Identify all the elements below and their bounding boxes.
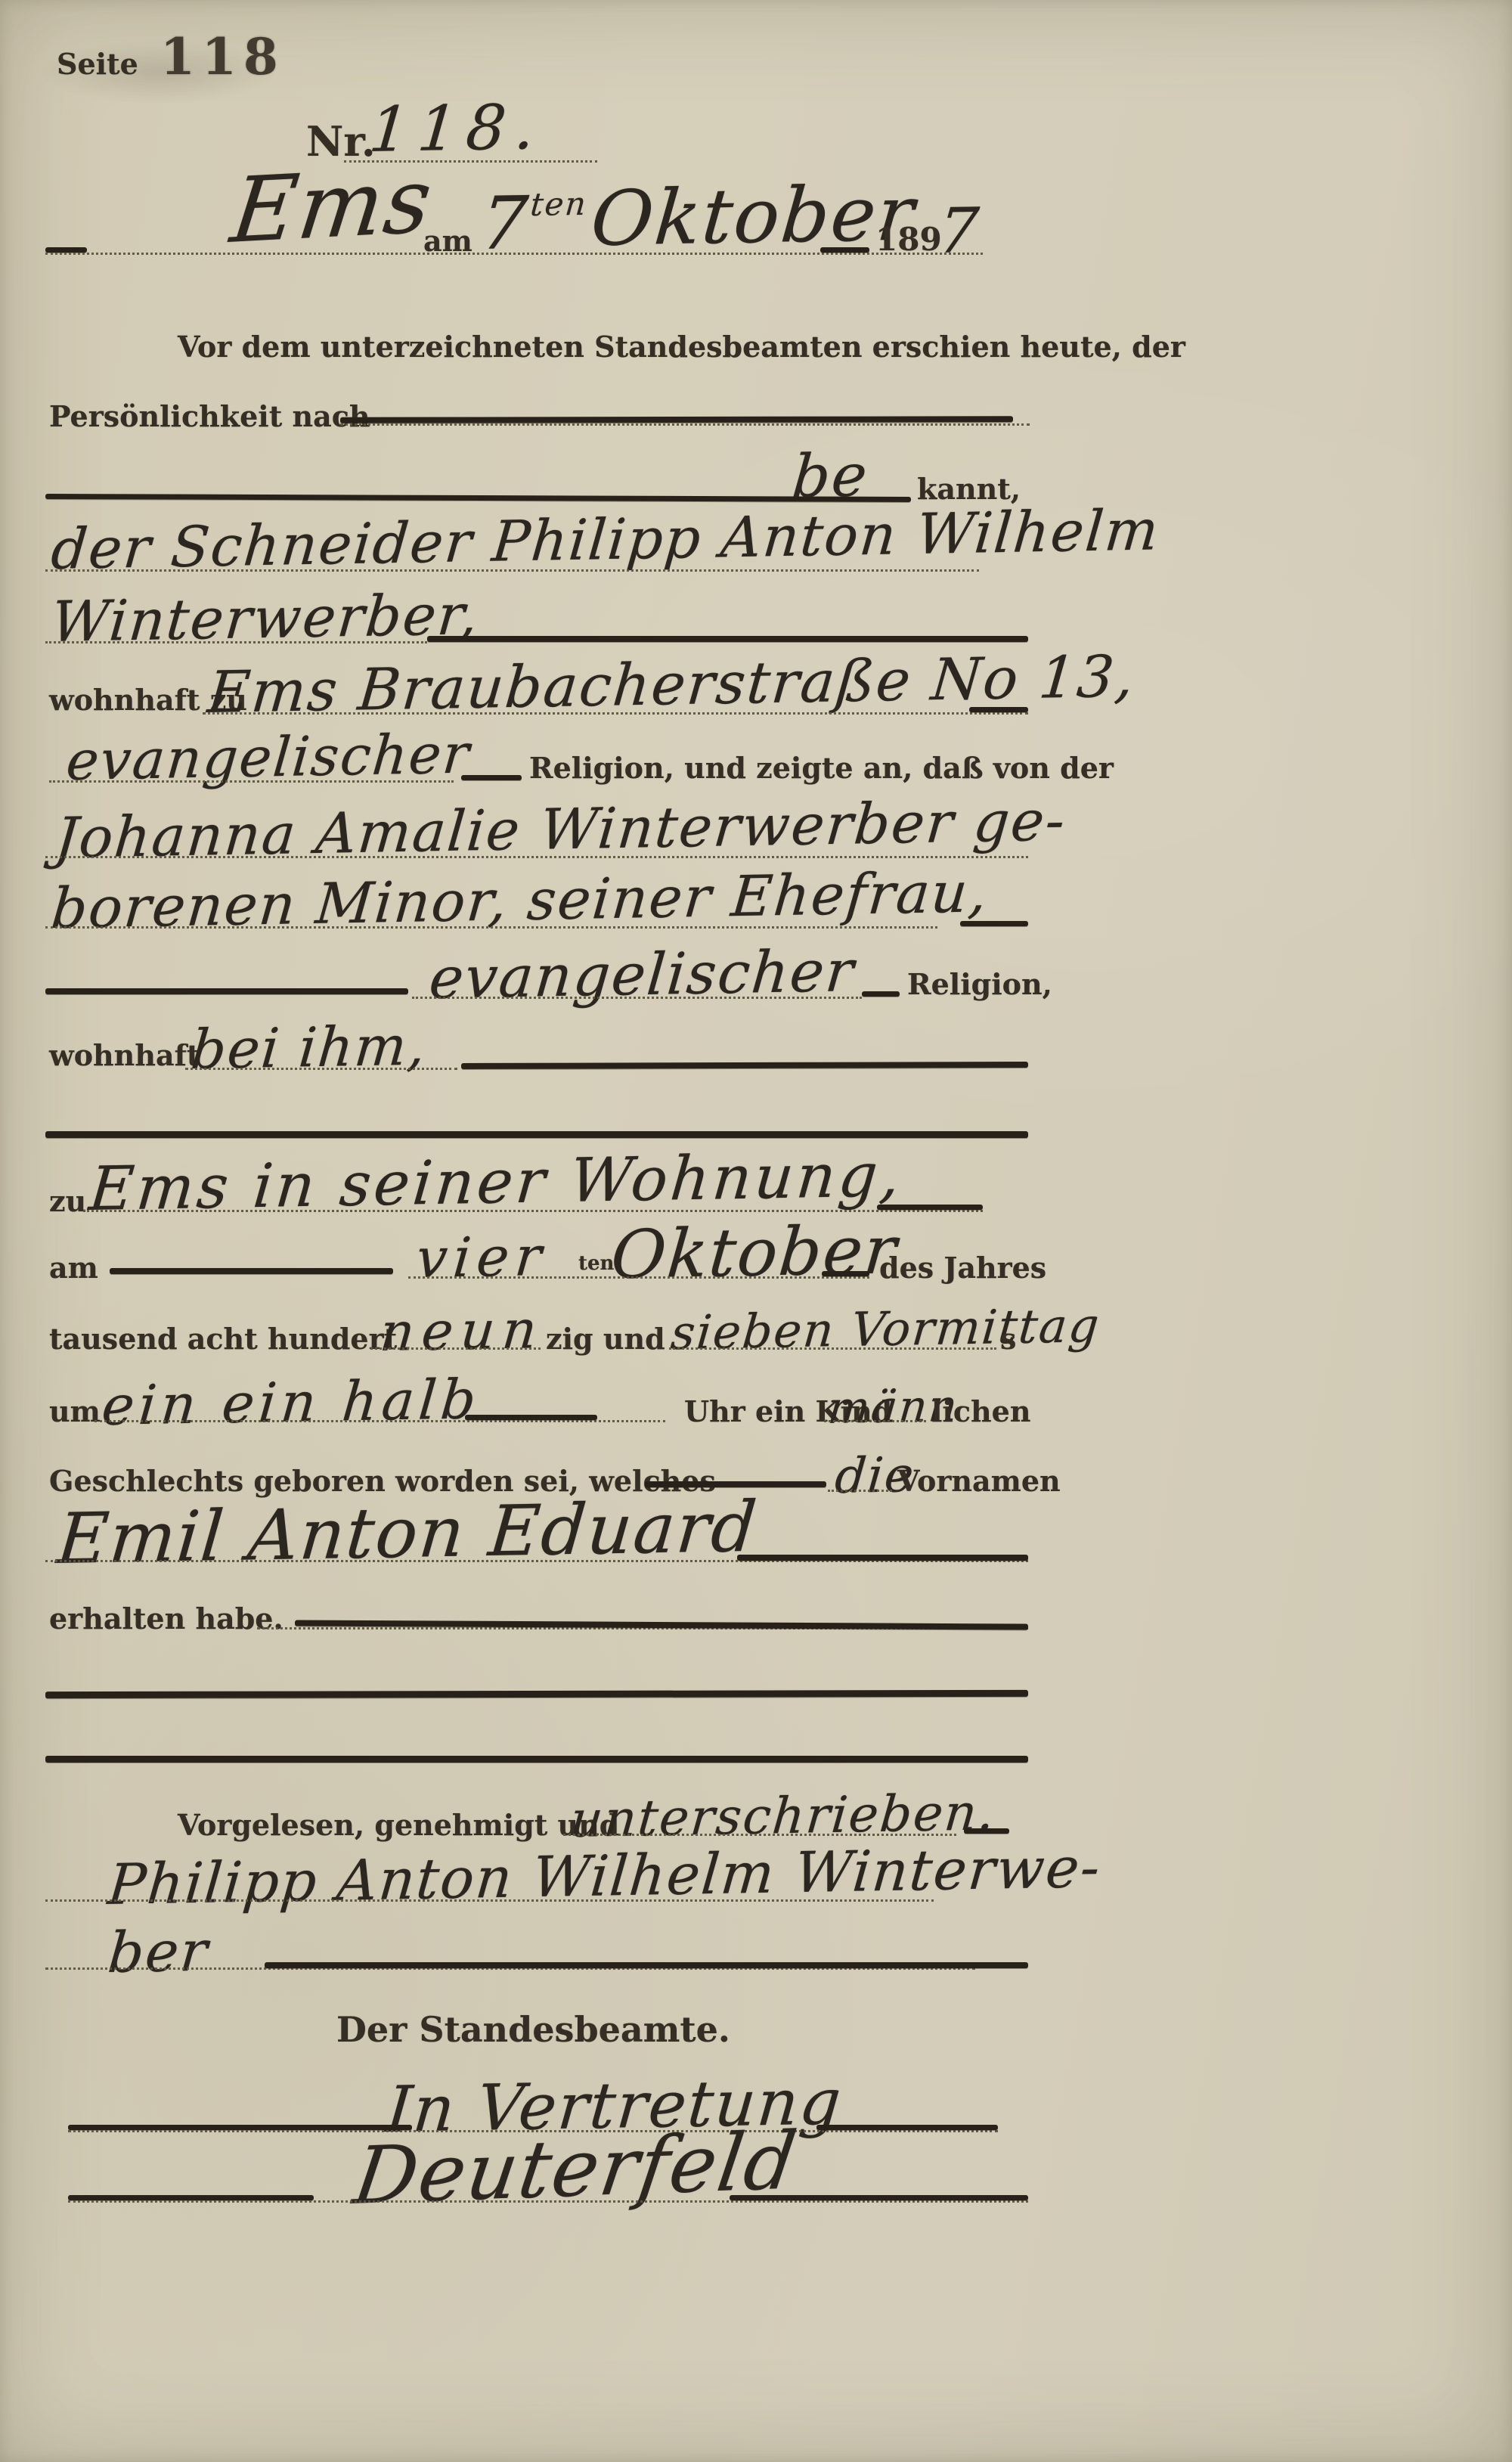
ten-suffix: ten	[578, 1254, 614, 1273]
dotted-line	[45, 569, 979, 572]
des-jahres: des Jahres	[879, 1254, 1046, 1282]
fill-line	[45, 988, 408, 994]
printed-year: 189	[875, 224, 942, 256]
dotted-line	[185, 1068, 457, 1070]
um-label: um	[49, 1397, 101, 1426]
fill-line	[960, 921, 1028, 926]
fill-line	[340, 416, 1013, 423]
neun-hw: neun	[378, 1303, 547, 1359]
am-label: am	[49, 1254, 98, 1282]
fill-line	[68, 2195, 314, 2200]
zu-label: zu	[49, 1187, 86, 1216]
fill-line	[816, 2125, 998, 2130]
fill-line	[110, 1268, 393, 1274]
fill-line	[45, 1756, 1028, 1763]
dotted-line	[669, 1347, 996, 1350]
tausend-printed: tausend acht hundert	[49, 1325, 397, 1353]
mother-religion-printed: Religion,	[907, 970, 1052, 999]
birth-place: Ems in seiner Wohnung,	[87, 1145, 905, 1220]
fill-line	[820, 247, 869, 253]
persoenlichkeit-label: Persönlichkeit nach	[49, 402, 370, 431]
fill-line	[461, 775, 522, 780]
intro-line1: Vor dem unterzeichneten Standesbeamten e…	[178, 333, 1185, 361]
dotted-line	[370, 1347, 541, 1350]
standesbeamte-title: Der Standesbeamte.	[336, 2012, 730, 2047]
fill-line	[461, 1062, 1028, 1069]
dotted-line	[94, 1420, 665, 1422]
dotted-line	[45, 856, 1028, 858]
fill-line	[68, 2125, 412, 2130]
handwritten-be: be	[790, 446, 871, 507]
fill-line	[969, 707, 1028, 712]
dotted-line	[828, 1490, 892, 1492]
dotted-line	[824, 1420, 926, 1422]
dotted-line	[563, 1834, 956, 1836]
declarant-signature-line1: Philipp Anton Wilhelm Winterwe-	[106, 1840, 1104, 1913]
fill-line	[730, 2195, 1028, 2200]
dotted-line	[340, 423, 1030, 426]
handwritten-day: 7	[478, 187, 531, 260]
dotted-line	[203, 712, 1028, 715]
dotted-line	[68, 2200, 1028, 2203]
fill-line	[45, 494, 911, 502]
printed-kannt: kannt,	[917, 475, 1021, 504]
fill-line	[822, 1271, 869, 1276]
fill-line	[45, 1131, 1028, 1138]
fill-line	[862, 991, 900, 997]
erhalten-habe: erhalten habe.	[49, 1605, 283, 1633]
fill-line	[265, 1962, 1028, 1968]
unterschrieben-hw: unterschrieben.	[569, 1788, 998, 1845]
vorgelesen-printed: Vorgelesen, genehmigt und	[178, 1811, 619, 1840]
fill-line	[877, 1205, 983, 1210]
dotted-line	[45, 641, 427, 643]
handwritten-day-suffix: ten	[529, 188, 588, 221]
birth-time: ein ein halb	[100, 1372, 482, 1433]
declarant-signature-line2: ber	[106, 1924, 211, 1981]
handwritten-place: Ems	[227, 155, 438, 256]
wohnhaft-label: wohnhaft	[49, 1041, 200, 1070]
handwritten-year-digit: 7	[936, 200, 982, 263]
dotted-line	[408, 1276, 869, 1279]
fill-line	[737, 1555, 1028, 1561]
declarant-line1: der Schneider Philipp Anton Wilhelm	[49, 502, 1162, 578]
dotted-line	[45, 1899, 934, 1902]
page-label: Seite	[57, 50, 138, 79]
fill-line	[45, 247, 87, 253]
fill-line	[45, 1690, 1028, 1698]
dotted-line	[412, 997, 862, 999]
registry-document-page: Seite 118 Nr. 118. Ems am 7 ten Oktober …	[0, 0, 1512, 2462]
fill-line	[964, 1828, 1009, 1834]
handwritten-month: Oktober	[588, 175, 919, 257]
zig-und-printed: zig und	[546, 1325, 665, 1353]
vornamen-printed: Vornamen	[897, 1467, 1061, 1496]
lichen-printed: lichen	[931, 1397, 1030, 1426]
dotted-line	[49, 780, 454, 783]
declarant-religion: evangelischer	[64, 727, 472, 788]
page-number: 118	[160, 32, 285, 82]
religion-printed: Religion, und zeigte an, daß von der	[529, 754, 1114, 783]
fill-line	[427, 636, 1028, 642]
fill-line	[465, 1415, 597, 1420]
dotted-line	[45, 926, 937, 929]
s-printed: s	[1000, 1325, 1016, 1353]
printed-am: am	[423, 227, 472, 256]
